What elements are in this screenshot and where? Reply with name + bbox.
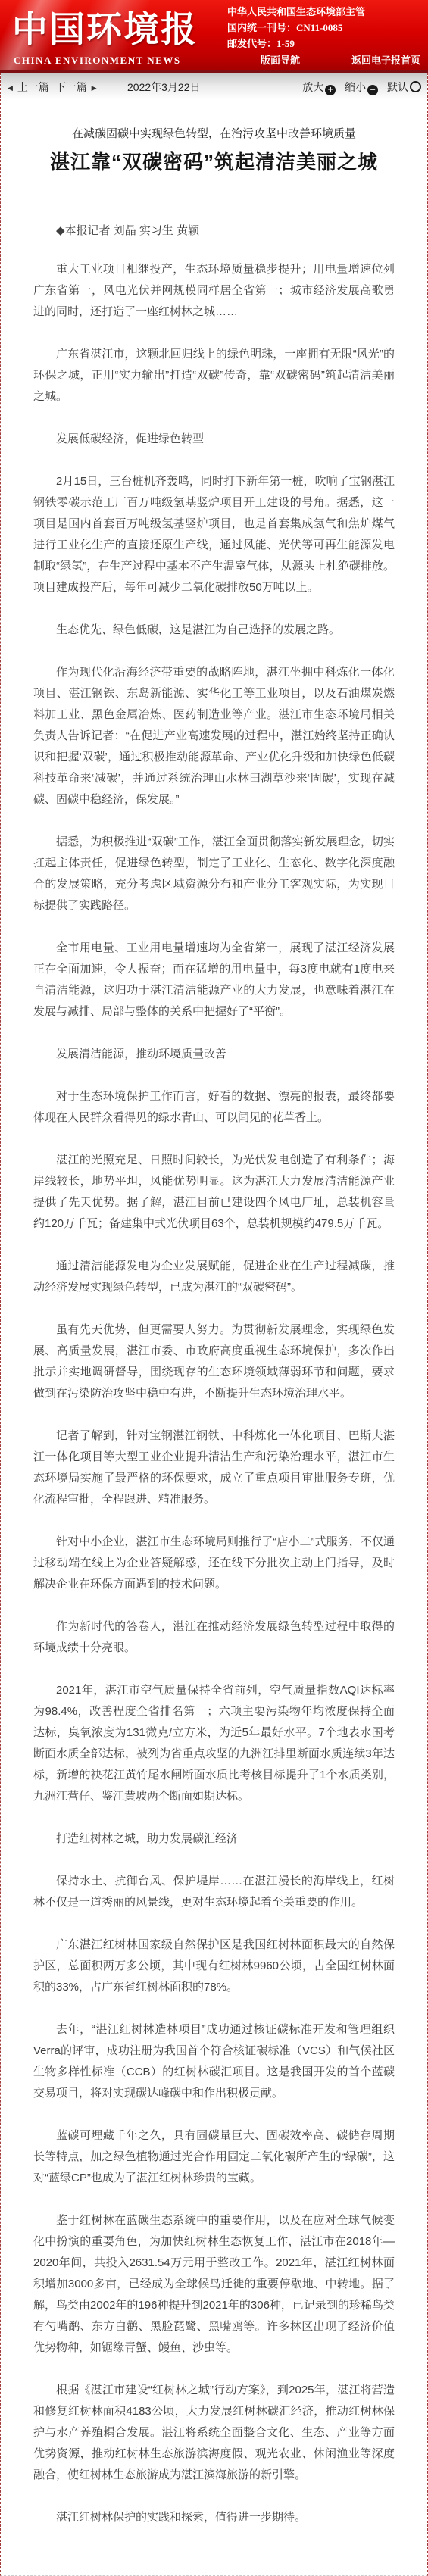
article-paragraph: 通过清洁能源发电为企业发展赋能，促进企业在生产过程减碳，推动经济发展实现绿色转型… <box>33 1256 395 1298</box>
article-paragraphs: 重大工业项目相继投产，生态环境质量稳步提升；用电量增速位列广东省第一，风电光伏并… <box>33 259 395 2528</box>
prev-article-button[interactable]: 上一篇 <box>17 81 49 93</box>
article-title: 湛江靠“双碳密码”筑起清洁美丽之城 <box>33 147 395 175</box>
article-paragraph: 作为现代化沿海经济带重要的战略阵地，湛江坐拥中科炼化一体化项目、湛江钢铁、东岛新… <box>33 662 395 810</box>
section-subhead: 发展低碳经济，促进绿色转型 <box>33 429 395 450</box>
issue-number-line: 国内统一刊号：CN11-0085 <box>227 20 365 36</box>
page-navigation-link[interactable]: 版面导航 <box>261 52 300 67</box>
article-byline: ◆本报记者 刘晶 实习生 黄颖 <box>33 222 395 238</box>
article-paragraph: 湛江的光照充足、日照时间较长，为光伏发电创造了有利条件；海岸线较长，地势平坦，风… <box>33 1150 395 1235</box>
article-paragraph: 作为新时代的答卷人，湛江在推动经济发展绿色转型过程中取得的环境成绩十分亮眼。 <box>33 1616 395 1659</box>
article-toolbar: ◀ 上一篇 下一篇 ▶ 2022年3月22日 放大+ 缩小− 默认 <box>1 73 427 99</box>
minus-circle-icon: − <box>367 85 378 95</box>
epaper-home-link[interactable]: 返回电子报首页 <box>351 52 420 67</box>
article-paragraph: 2021年，湛江市空气质量保持全省前列，空气质量指数AQI达标率为98.4%，改… <box>33 1680 395 1807</box>
article-paragraph: 重大工业项目相继投产，生态环境质量稳步提升；用电量增速位列广东省第一，风电光伏并… <box>33 259 395 323</box>
article-paragraph: 根据《湛江市建设“红树林之城”行动方案》，到2025年，湛江将营造和修复红树林面… <box>33 2380 395 2486</box>
article-body: 在减碳固碳中实现绿色转型，在治污攻坚中改善环境质量 湛江靠“双碳密码”筑起清洁美… <box>1 99 427 2575</box>
zoom-out-button[interactable]: 缩小− <box>345 81 378 93</box>
masthead-header: 中国环境报 中华人民共和国生态环境部主管 国内统一刊号：CN11-0085 邮发… <box>0 0 428 70</box>
content-frame: ◀ 上一篇 下一篇 ▶ 2022年3月22日 放大+ 缩小− 默认 在减碳固碳中… <box>0 73 428 2576</box>
article-paragraph: 广东省湛江市，这颗北回归线上的绿色明珠，一座拥有无限“风光”的环保之城，正用“实… <box>33 344 395 407</box>
article-paragraph: 记者了解到，针对宝钢湛江钢铁、中科炼化一体化项目、巴斯夫湛江一体化项目等大型工业… <box>33 1425 395 1510</box>
supervisor-line: 中华人民共和国生态环境部主管 <box>227 4 365 20</box>
article-paragraph: 生态优先、绿色低碳，这是湛江为自己选择的发展之路。 <box>33 620 395 641</box>
article-paragraph: 据悉，为积极推进“双碳”工作，湛江全面贯彻落实新发展理念，切实扛起主体责任，促进… <box>33 832 395 916</box>
zoom-controls: 放大+ 缩小− 默认 <box>296 80 421 95</box>
article-paragraph: 广东湛江红树林国家级自然保护区是我国红树林面积最大的自然保护区，总面积两万多公顷… <box>33 1934 395 1998</box>
next-article-button[interactable]: 下一篇 <box>55 81 87 93</box>
prev-arrow-icon: ◀ <box>8 84 13 92</box>
publication-info: 中华人民共和国生态环境部主管 国内统一刊号：CN11-0085 邮发代号：1-5… <box>227 4 365 52</box>
issue-date: 2022年3月22日 <box>127 80 201 95</box>
article-paragraph: 对于生态环境保护工作而言，好看的数据、漂亮的报表，最终都要体现在人民群众看得见的… <box>33 1086 395 1129</box>
newspaper-title-english: CHINA ENVIRONMENT NEWS <box>14 55 181 67</box>
zoom-reset-button[interactable]: 默认 <box>387 81 421 93</box>
section-subhead: 发展清洁能源，推动环境质量改善 <box>33 1044 395 1065</box>
article-paragraph: 湛江红树林保护的实践和探索，值得进一步期待。 <box>33 2507 395 2528</box>
article-paragraph: 蓝碳可埋藏千年之久，具有固碳量巨大、固碳效率高、碳储存周期长等特点，加之绿色植物… <box>33 2125 395 2189</box>
next-arrow-icon: ▶ <box>92 84 97 92</box>
article-paragraph: 鉴于红树林在蓝碳生态系统中的重要作用，以及在应对全球气候变化中扮演的重要角色，为… <box>33 2210 395 2359</box>
plus-circle-icon: + <box>325 85 336 95</box>
section-subhead: 打造红树林之城，助力发展碳汇经济 <box>33 1828 395 1850</box>
article-paragraph: 2月15日，三台桩机齐轰鸣，同时打下新年第一桩，吹响了宝钢湛江钢铁零碳示范工厂百… <box>33 471 395 598</box>
empty-circle-icon <box>410 81 421 92</box>
newspaper-title: 中国环境报 <box>12 2 198 52</box>
postal-code-line: 邮发代号：1-59 <box>227 36 365 52</box>
article-paragraph: 保持水土、抗御台风、保护堤岸……在湛江漫长的海岸线上，红树林不仅是一道秀丽的风景… <box>33 1871 395 1913</box>
article-paragraph: 全市用电量、工业用电量增速均为全省第一，展现了湛江经济发展正在全面加速，令人振奋… <box>33 938 395 1023</box>
article-kicker: 在减碳固碳中实现绿色转型，在治污攻坚中改善环境质量 <box>33 125 395 141</box>
article-paragraph: 虽有先天优势，但更需要人努力。为贯彻新发展理念，实现绿色发展、高质量发展，湛江市… <box>33 1319 395 1404</box>
article-paragraph: 去年，“湛江红树林造林项目”成功通过核证碳标准开发和管理组织Verra的评审，成… <box>33 2019 395 2104</box>
prev-next-controls: ◀ 上一篇 下一篇 ▶ <box>8 80 97 95</box>
article-paragraph: 针对中小企业，湛江市生态环境局则推行了“店小二”式服务，不仅通过移动端在线上为企… <box>33 1532 395 1595</box>
zoom-in-button[interactable]: 放大+ <box>302 81 336 93</box>
